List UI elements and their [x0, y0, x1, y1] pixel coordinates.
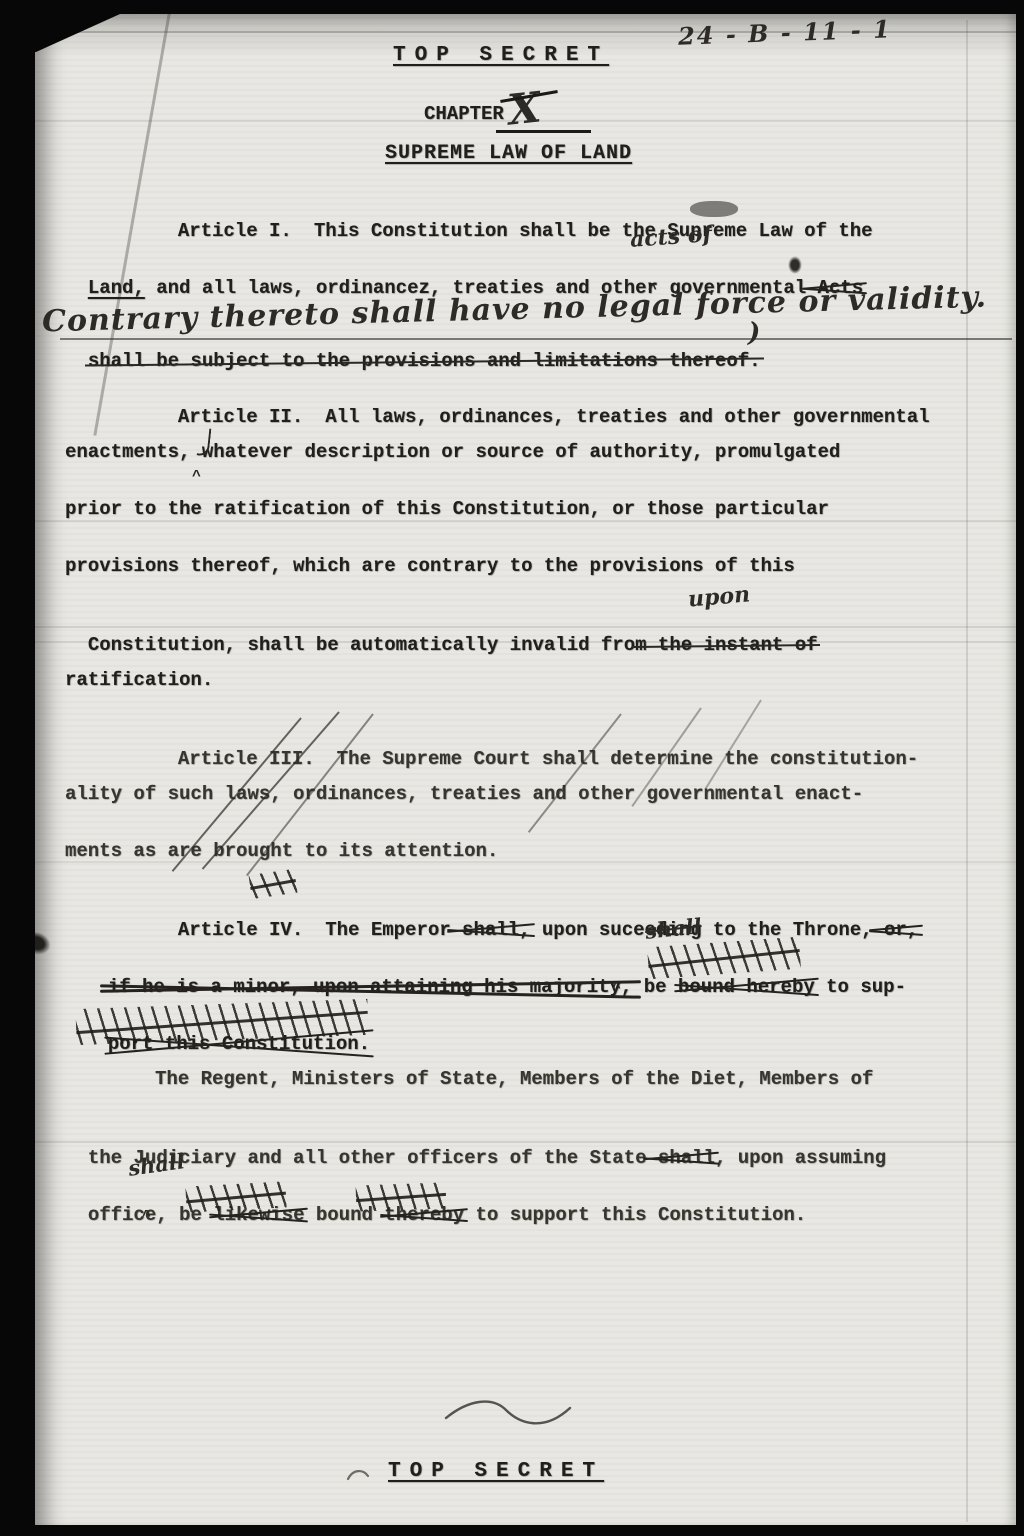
closing-line1-text: The Regent, Ministers of State, Members … [155, 1068, 873, 1090]
article2-line2: enactments, whatever description or sour… [65, 441, 840, 463]
chapter-label: CHAPTER [424, 103, 504, 125]
article2-line5: Constitution, shall be automatically inv… [65, 612, 818, 656]
scan-line [0, 520, 1024, 522]
page-edge-line [966, 20, 968, 1522]
classification-text: TOP SECRET [388, 1460, 604, 1483]
scribbled-or: or, [873, 919, 919, 941]
insertion-caret: ^ [192, 468, 201, 485]
classification-stamp-bottom: TOP SECRET [388, 1460, 604, 1483]
article2-heading: Article II. [178, 406, 303, 428]
classification-stamp-top: TOP SECRET [393, 44, 609, 67]
article4-line1-head: The Emperor [325, 919, 450, 941]
article1-line1: Article I.This Constitution shall be the… [155, 198, 873, 242]
article3-heading: Article III. [178, 748, 315, 770]
ink-blotch [788, 256, 802, 274]
page-title: SUPREME LAW OF LAND [385, 142, 632, 165]
struck-minor-clause: if he is a minor, upon attaining his maj… [108, 976, 633, 998]
word-land: Land, [88, 277, 145, 299]
handwritten-paren: ) [748, 318, 760, 348]
article2-line5-head: Constitution, shall be automatically inv… [88, 634, 635, 656]
article2-line6: ratification. [65, 669, 213, 691]
classification-text: TOP SECRET [393, 44, 609, 67]
scanned-document-page: { "document": { "classification": "TOP S… [0, 0, 1024, 1536]
article2-line4-text: provisions thereof, which are contrary t… [65, 555, 795, 577]
article1-heading: Article I. [178, 220, 292, 242]
article2-line6-text: ratification. [65, 669, 213, 691]
article1-line1-text: This Constitution shall be the Supreme L… [314, 220, 873, 242]
article4-line1: Article IV.The Emperor shall, upon sucee… [155, 897, 918, 941]
handwritten-upon: upon [687, 581, 751, 612]
ink-smudge [690, 201, 738, 217]
closing-line3-tail: to support this Constitution. [464, 1204, 806, 1226]
article2-line3: prior to the ratification of this Consti… [65, 498, 829, 520]
article3-line3: ments as are brought to its attention. [65, 840, 498, 862]
scribbled-shall: shall, [451, 919, 531, 941]
page-title-text: SUPREME LAW OF LAND [385, 142, 632, 165]
article2-line2-text: enactments, whatever description or sour… [65, 441, 840, 463]
chapter-number-handwritten: X [506, 82, 544, 134]
heavy-scribble [185, 1181, 286, 1212]
chapter-label-text: CHAPTER [424, 103, 504, 125]
scan-border-bottom [0, 1525, 1024, 1536]
article2-line1: Article II.All laws, ordinances, treatie… [155, 384, 930, 428]
pencil-squiggle [440, 1396, 580, 1436]
article3-line1: Article III.The Supreme Court shall dete… [155, 726, 918, 770]
closing-line2-tail: , upon assuming [715, 1147, 886, 1169]
closing-line1: The Regent, Ministers of State, Members … [155, 1068, 873, 1090]
struck-from-instant: m the instant of [635, 634, 817, 656]
article3-line3-text: ments as are brought to its attention. [65, 840, 498, 862]
struck-text: shall be subject to the provisions and l… [88, 350, 761, 372]
article2-line1-text: All laws, ordinances, treaties and other… [325, 406, 929, 428]
article2-line3-text: prior to the ratification of this Consti… [65, 498, 829, 520]
scan-border-right [1016, 0, 1024, 1536]
scribbled-shall: shall [647, 1147, 715, 1169]
insertion-caret: ^ [612, 980, 621, 997]
article3-line2: ality of such laws, ordinances, treaties… [65, 783, 863, 805]
article3-line1-text: The Supreme Court shall determine the co… [337, 748, 919, 770]
article2-line4: provisions thereof, which are contrary t… [65, 555, 795, 577]
insertion-caret: ^ [142, 1208, 151, 1225]
scan-border-left [0, 0, 35, 1536]
heavy-scribble [356, 1182, 447, 1211]
closing-line3-office: office, [88, 1204, 168, 1226]
scribbled-bound-hereby: bound hereby [678, 976, 815, 998]
closing-line2: the Judiciary and all other officers of … [65, 1125, 886, 1169]
article3-line2-text: ality of such laws, ordinances, treaties… [65, 783, 863, 805]
article4-heading: Article IV. [178, 919, 303, 941]
article4-line2-tosup: to sup- [815, 976, 906, 998]
pencil-mark [346, 1466, 372, 1484]
